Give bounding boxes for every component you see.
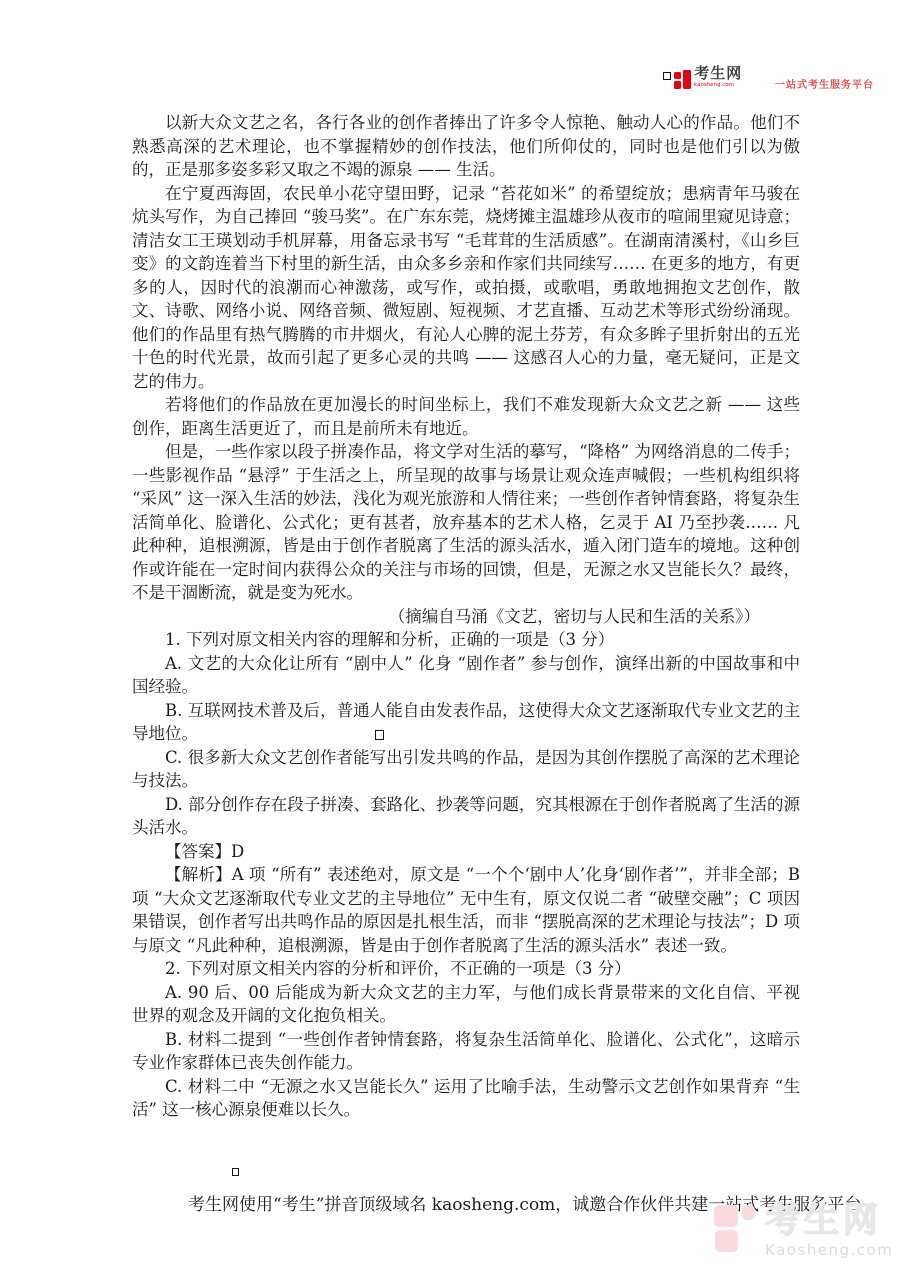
watermark-logo: 考生网 Kaosheng.com (712, 1203, 893, 1259)
article-paragraph-2: 在宁夏西海固，农民单小花守望田野，记录 “苔花如米” 的希望绽放；患病青年马骏在… (132, 182, 800, 394)
question-1-option-d: D. 部分创作存在段子拼凑、套路化、抄袭等问题，究其根源在于创作者脱离了生活的源… (132, 793, 800, 840)
brand-tagline: 一站式考生服务平台 (775, 76, 874, 91)
brand-name: 考生网 (694, 66, 767, 81)
kaosheng-logo-mark-icon (674, 70, 691, 89)
article-paragraph-1: 以新大众文艺之名，各行各业的创作者捧出了许多令人惊艳、触动人心的作品。他们不熟悉… (132, 111, 800, 182)
missing-glyph-box-icon (663, 72, 671, 80)
exam-document-page: { "header": { "brand": "考生网", "brand_dom… (0, 0, 900, 1273)
question-1-option-a: A. 文艺的大众化让所有 “剧中人” 化身 “剧作者” 参与创作，演绎出新的中国… (132, 652, 800, 699)
question-1-option-c: C. 很多新大众文艺创作者能写出引发共鸣的作品，是因为其创作摆脱了高深的艺术理论… (132, 746, 800, 793)
question-2-option-a: A. 90 后、00 后能成为新大众文艺的主力军，与他们成长背景带来的文化自信、… (132, 981, 800, 1028)
question-1-analysis: 【解析】A 项 “所有” 表述绝对，原文是 “一个个‘剧中人’化身‘剧作者’”，… (132, 863, 800, 957)
watermark-brand-name: 考生网 (765, 1203, 893, 1240)
watermark-brand-domain: Kaosheng.com (765, 1241, 893, 1259)
exam-article: 以新大众文艺之名，各行各业的创作者捧出了许多令人惊艳、触动人心的作品。他们不熟悉… (132, 111, 800, 1122)
article-paragraph-4: 但是，一些作家以段子拼凑作品，将文学对生活的摹写，“降格” 为网络消息的二传手；… (132, 440, 800, 605)
kaosheng-watermark-mark-icon (712, 1203, 759, 1253)
attribution-line: （摘编自马涌《文艺，密切与人民和生活的关系》） (132, 605, 800, 629)
question-2-option-c: C. 材料二中 “无源之水又岂能长久” 运用了比喻手法，生动警示文艺创作如果背弃… (132, 1075, 800, 1122)
brand-domain: kaosheng.com (694, 82, 734, 88)
question-1-stem: 1. 下列对原文相关内容的理解和分析，正确的一项是（3 分） (132, 628, 800, 652)
header-brand-logo: 考生网 kaosheng.com 一站式考生服务平台 (674, 66, 874, 92)
question-1-answer: 【答案】D (132, 840, 800, 864)
question-1-option-b: B. 互联网技术普及后，普通人能自由发表作品，这使得大众文艺逐渐取代专业文艺的主… (132, 699, 800, 746)
article-paragraph-3: 若将他们的作品放在更加漫长的时间坐标上，我们不难发现新大众文艺之新 —— 这些创… (132, 393, 800, 440)
question-2-stem: 2. 下列对原文相关内容的分析和评价，不正确的一项是（3 分） (132, 957, 800, 981)
missing-glyph-box-icon (232, 1168, 239, 1176)
question-2-option-b: B. 材料二提到 “一些创作者钟情套路，将复杂生活简单化、脸谱化、公式化”，这暗… (132, 1028, 800, 1075)
